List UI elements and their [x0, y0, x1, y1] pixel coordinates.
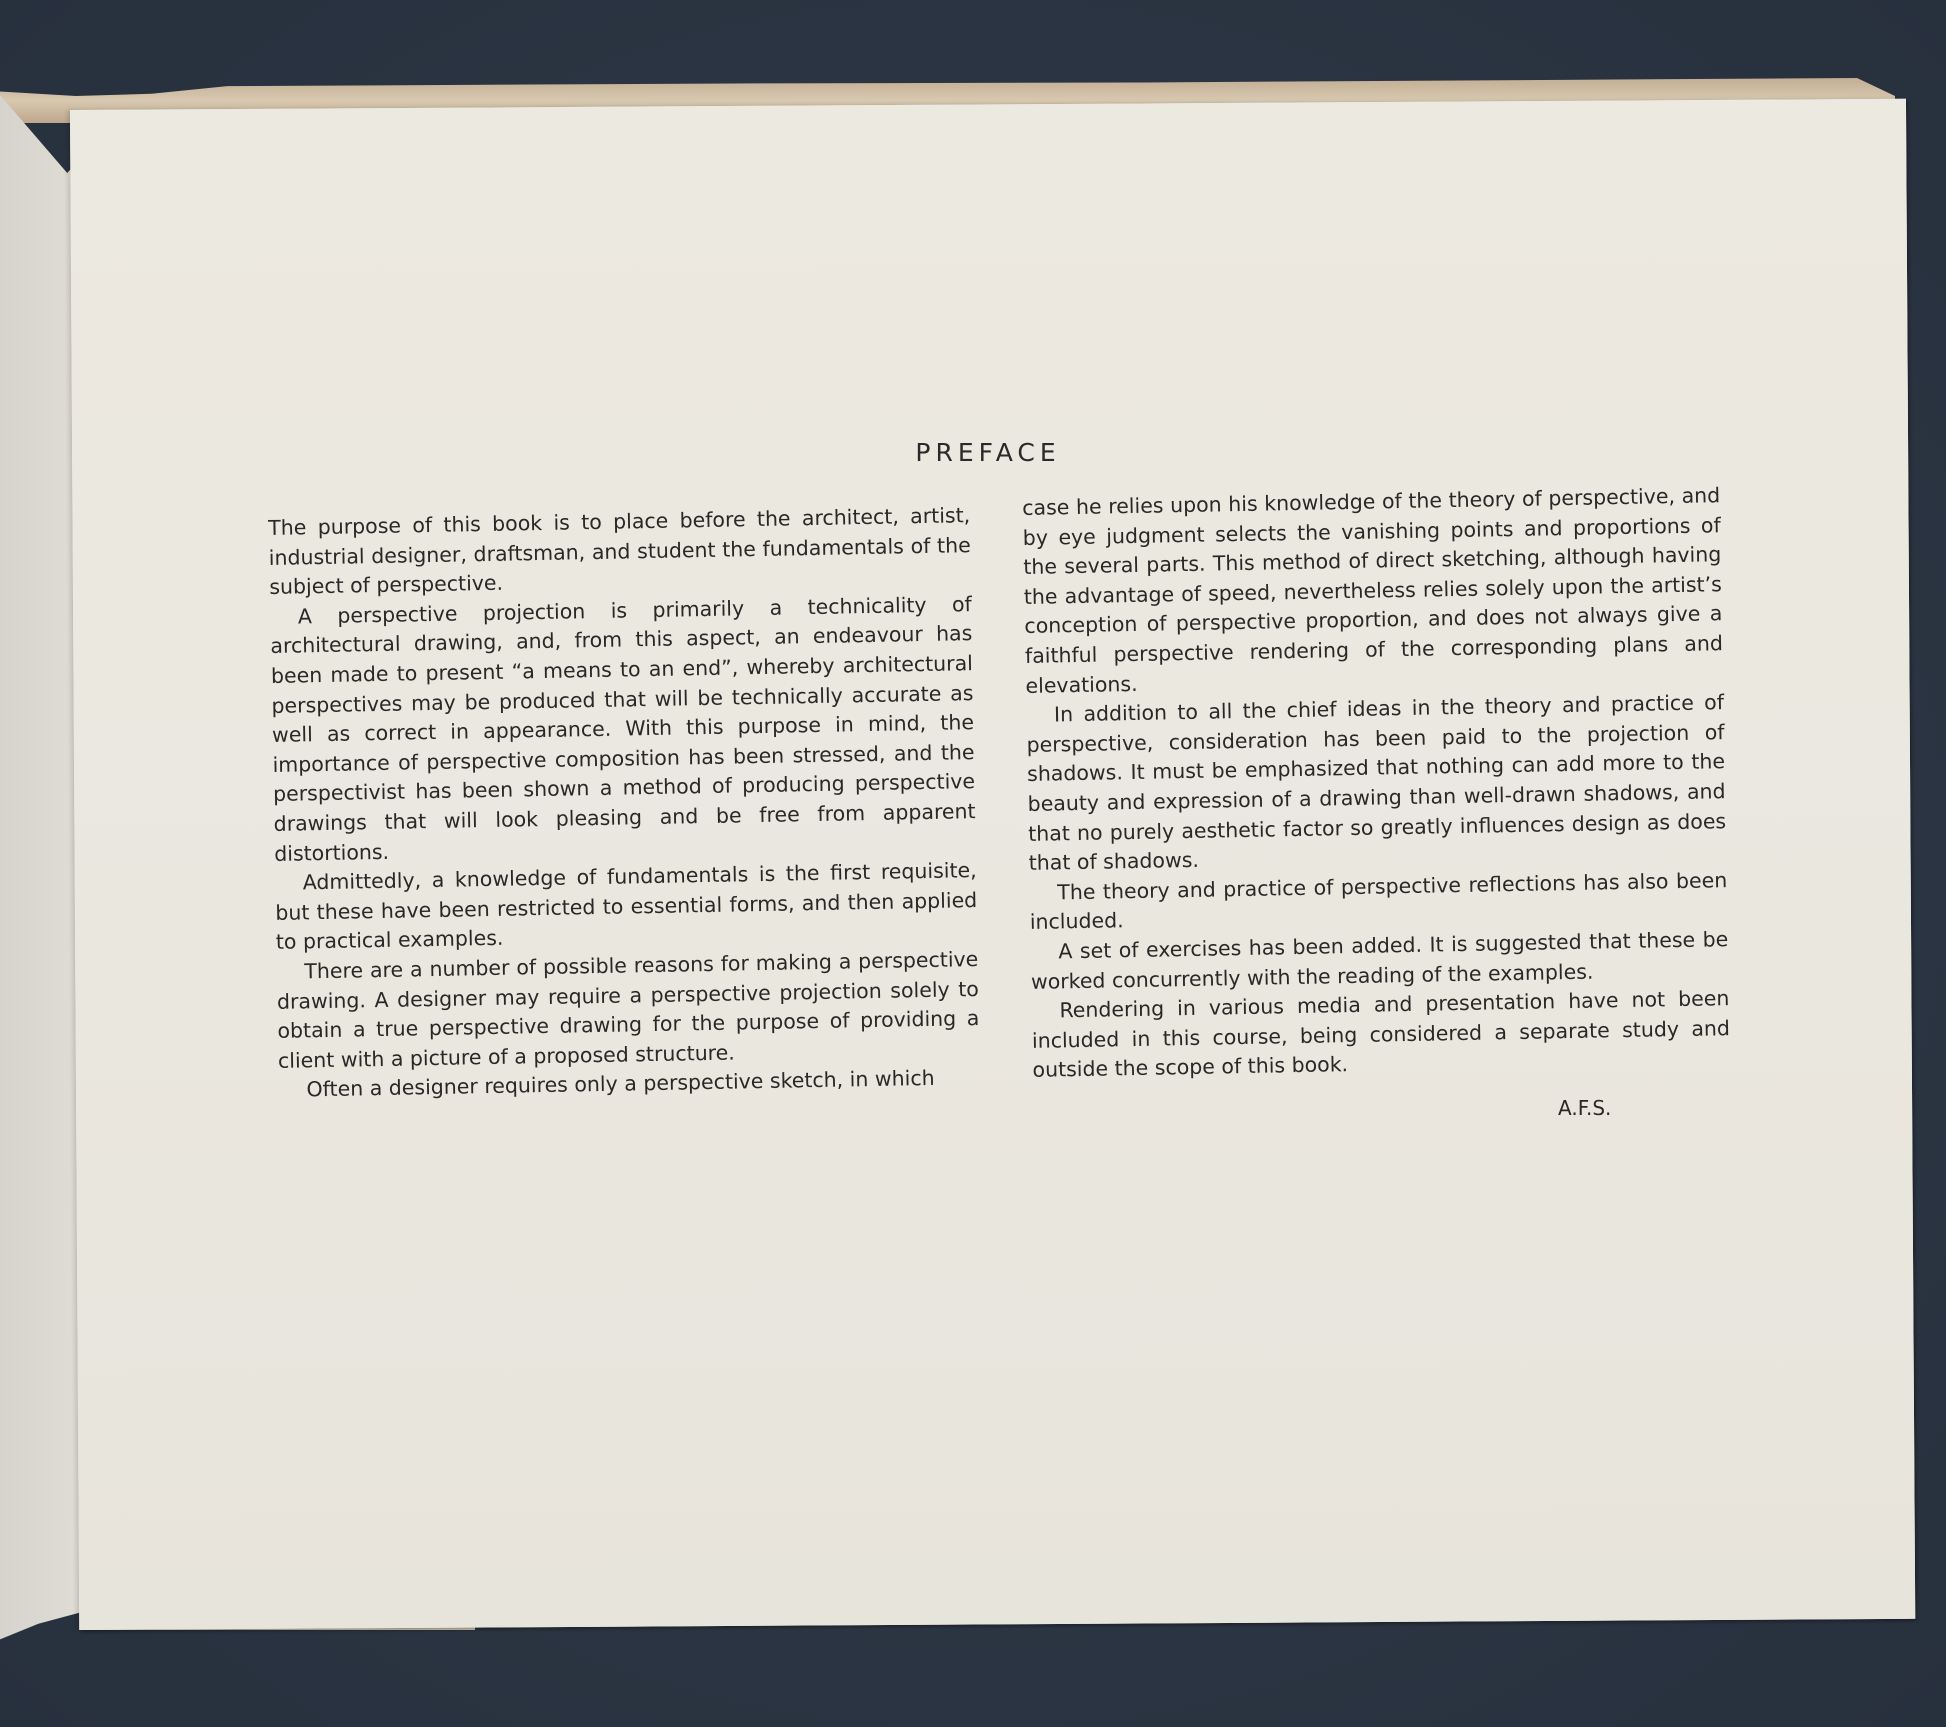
paragraph: There are a number of possible reasons f… — [276, 945, 980, 1076]
paragraph: In addition to all the chief ideas in th… — [1026, 688, 1727, 878]
paragraph: case he relies upon his knowledge of the… — [1022, 481, 1724, 701]
author-initials: A.F.S. — [1558, 1096, 1611, 1120]
paragraph: A perspective projection is primarily a … — [270, 590, 977, 869]
paragraph: The purpose of this book is to place bef… — [268, 501, 972, 603]
text-column-left: The purpose of this book is to place bef… — [268, 501, 981, 1106]
paragraph: Rendering in various media and presentat… — [1031, 984, 1731, 1086]
text-column-right: case he relies upon his knowledge of the… — [1022, 481, 1731, 1086]
paragraph: Admittedly, a knowledge of fundamentals … — [275, 856, 979, 958]
page-title: PREFACE — [848, 438, 1128, 467]
